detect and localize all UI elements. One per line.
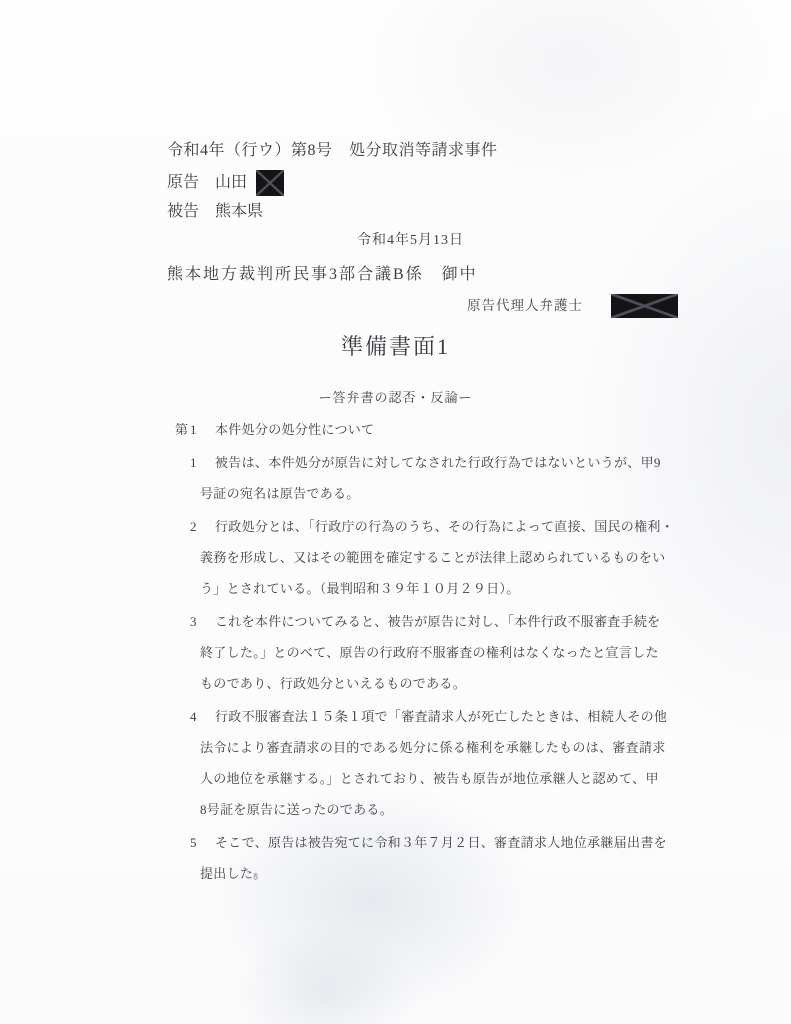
plaintiff-label: 原告 山田 — [167, 173, 247, 193]
paragraph-3-number: 3 — [190, 606, 215, 637]
paragraph-1-text: 被告は、本件処分が原告に対してなされた行政行為ではないというが、甲9 — [215, 455, 661, 470]
court-addressee-line: 熊本地方裁判所民事3部合議B係 御中 — [167, 265, 478, 285]
paragraph-1-line-1: 1被告は、本件処分が原告に対してなされた行政行為ではないというが、甲9 — [0, 447, 791, 478]
section-heading: 第1本件処分の処分性について — [0, 414, 791, 445]
section-number: 第1 — [175, 414, 215, 445]
paragraph-1-line-2: 号証の宛名は原告である。 — [0, 478, 791, 509]
attorney-signature-line: 原告代理人弁護士 — [467, 294, 678, 318]
paragraph-5-line-1: 5そこで、原告は被告宛てに令和３年７月２日、審査請求人地位承継届出書を — [0, 827, 791, 858]
paragraph-4-text: 行政不服審査法１５条１項で「審査請求人が死亡したときは、相続人その他 — [215, 709, 667, 724]
paragraph-3: 3これを本件についてみると、被告が原告に対し、「本件行政不服審査手続を 終了した… — [0, 606, 791, 699]
paragraph-4-line-3: 人の地位を承継する。」とされており、被告も原告が地位承継人と認めて、甲 — [0, 763, 791, 794]
redaction-box-attorney-name — [611, 294, 678, 318]
attorney-label: 原告代理人弁護士 — [467, 296, 583, 316]
paragraph-4: 4行政不服審査法１５条１項で「審査請求人が死亡したときは、相続人その他 法令によ… — [0, 701, 791, 825]
paragraph-5-text: そこで、原告は被告宛てに令和３年７月２日、審査請求人地位承継届出書を — [215, 835, 667, 850]
paragraph-2-text: 行政処分とは、「行政庁の行為のうち、その行為によって直接、国民の権利・ — [215, 519, 674, 534]
paragraph-5-line-2: 提出した。 — [0, 858, 791, 889]
scanned-legal-document: 令和4年（行ウ）第8号 処分取消等請求事件 原告 山田 被告 熊本県 令和4年5… — [0, 0, 791, 1024]
section-heading-text: 本件処分の処分性について — [215, 422, 374, 437]
paragraph-2-number: 2 — [190, 511, 215, 542]
scan-speck-artifact — [253, 872, 258, 877]
paragraph-4-line-4: 8号証を原告に送ったのである。 — [0, 794, 791, 825]
paragraph-3-line-1: 3これを本件についてみると、被告が原告に対し、「本件行政不服審査手続を — [0, 606, 791, 637]
plaintiff-line: 原告 山田 — [167, 170, 284, 196]
paragraph-3-text: これを本件についてみると、被告が原告に対し、「本件行政不服審査手続を — [215, 614, 660, 629]
paragraph-2-line-3: う」とされている。（最判昭和３９年１０月２９日）。 — [0, 573, 791, 604]
paragraph-2: 2行政処分とは、「行政庁の行為のうち、その行為によって直接、国民の権利・ 義務を… — [0, 511, 791, 604]
redaction-box-plaintiff-name — [256, 170, 284, 196]
defendant-line: 被告 熊本県 — [167, 202, 263, 222]
paragraph-4-number: 4 — [190, 701, 215, 732]
paragraph-3-line-2: 終了した。」とのべて、原告の行政府不服審査の権利はなくなったと宣言した — [0, 637, 791, 668]
paragraph-2-line-1: 2行政処分とは、「行政庁の行為のうち、その行為によって直接、国民の権利・ — [0, 511, 791, 542]
document-title: 準備書面1 — [0, 330, 791, 361]
document-subtitle: ー答弁書の認否・反論ー — [0, 387, 791, 406]
paragraph-2-line-2: 義務を形成し、又はその範囲を確定することが法律上認められているものをい — [0, 542, 791, 573]
paragraph-4-line-2: 法令により審査請求の目的である処分に係る権利を承継したものは、審査請求 — [0, 732, 791, 763]
paragraph-1-number: 1 — [190, 447, 215, 478]
document-date: 令和4年5月13日 — [357, 231, 464, 251]
case-number-line: 令和4年（行ウ）第8号 処分取消等請求事件 — [167, 141, 498, 161]
paragraph-1: 1被告は、本件処分が原告に対してなされた行政行為ではないというが、甲9 号証の宛… — [0, 447, 791, 509]
paragraph-5: 5そこで、原告は被告宛てに令和３年７月２日、審査請求人地位承継届出書を 提出した… — [0, 827, 791, 889]
paragraph-5-number: 5 — [190, 827, 215, 858]
paragraph-4-line-1: 4行政不服審査法１５条１項で「審査請求人が死亡したときは、相続人その他 — [0, 701, 791, 732]
paragraph-3-line-3: ものであり、行政処分といえるものである。 — [0, 668, 791, 699]
document-body: 第1本件処分の処分性について 1被告は、本件処分が原告に対してなされた行政行為で… — [0, 414, 791, 889]
